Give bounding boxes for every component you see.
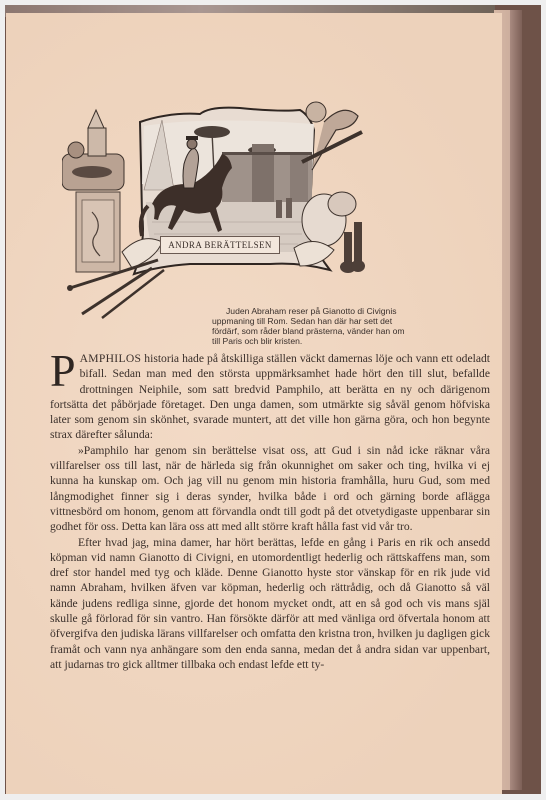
story-title-banner: ANDRA BERÄTTELSEN <box>160 236 280 254</box>
body-text: PAMPHILOS historia hade på åtskilliga st… <box>50 351 490 672</box>
caption-line: uppmaning till Rom. Sedan han där har se… <box>212 316 492 326</box>
caption-line: Juden Abraham reser på Gianotto di Civig… <box>212 306 492 316</box>
paragraph-3: Efter hvad jag, mina damer, har hört ber… <box>50 535 490 673</box>
bottom-margin <box>5 794 541 800</box>
paragraph-text: historia hade på åtskilliga ställen väck… <box>50 352 490 441</box>
caption-line: till Paris och blir kristen. <box>212 336 492 346</box>
paragraph-2: »Pamphilo har genom sin berättelse visat… <box>50 443 490 535</box>
book-cover-edge <box>510 10 522 790</box>
chapter-summary-caption: Juden Abraham reser på Gianotto di Civig… <box>212 306 492 346</box>
lead-word: AMPHILOS <box>80 352 142 365</box>
paragraph-1: PAMPHILOS historia hade på åtskilliga st… <box>50 351 490 443</box>
caption-line: fördärf, som råder bland prästerna, vänd… <box>212 326 492 336</box>
drop-cap: P <box>50 352 76 390</box>
vignette-illustration <box>62 92 372 320</box>
